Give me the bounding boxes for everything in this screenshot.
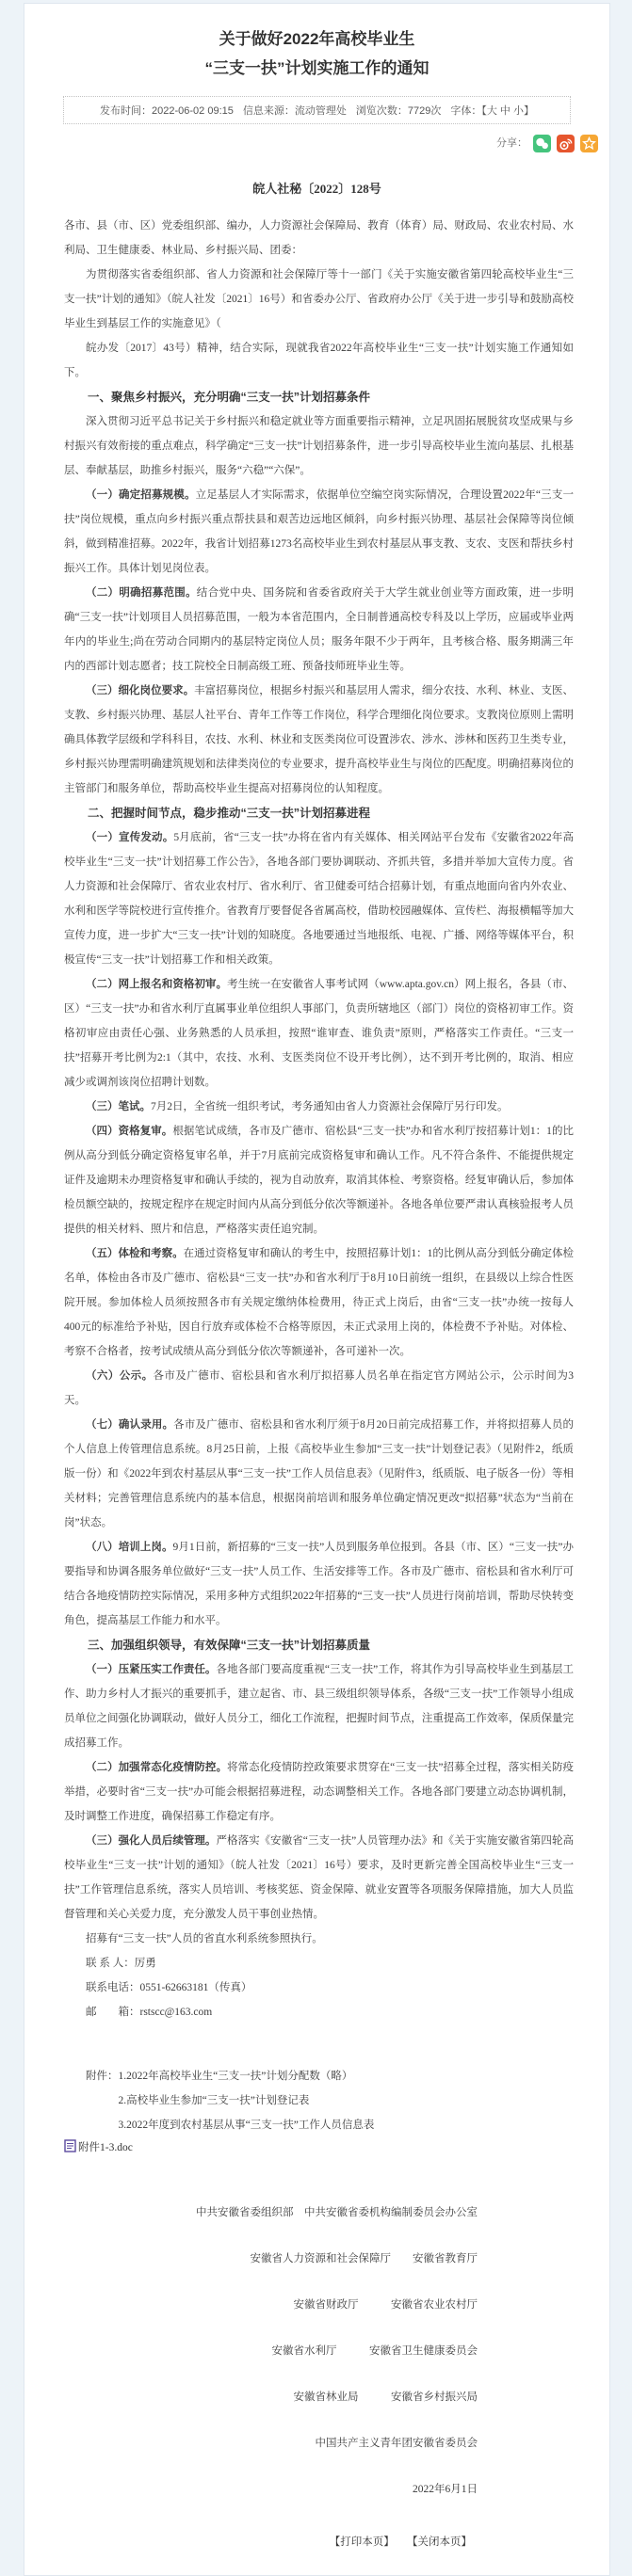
attachment-item: 1.2022年高校毕业生“三支一扶”计划分配数（略） (119, 2071, 353, 2082)
paragraph: 皖办发〔2017〕43号）精神，结合实际，现就我省2022年高校毕业生“三支一扶… (64, 336, 574, 385)
weibo-share-icon[interactable] (557, 135, 575, 152)
contact-email: 邮 箱：rstscc@163.com (64, 2000, 574, 2024)
attachments-list: 附件：1.2022年高校毕业生“三支一扶”计划分配数（略） 2.高校毕业生参加“… (64, 2064, 574, 2137)
section-heading-2: 二、把握时间节点，稳步推动“三支一扶”计划招募进程 (64, 801, 574, 825)
paragraph: （二）网上报名和资格初审。考生统一在安徽省人事考试网（www.apta.gov.… (64, 972, 574, 1095)
paragraph: （二）加强常态化疫情防控。将常态化疫情防控政策要求贯穿在“三支一扶”招募全过程，… (64, 1755, 574, 1829)
page-title: 关于做好2022年高校毕业生 “三支一扶”计划实施工作的通知 (53, 24, 581, 83)
signature-line: 安徽省人力资源和社会保障厅 安徽省教育厅 (24, 2236, 478, 2282)
paragraph: （六）公示。各市及广德市、宿松县和省水利厅拟招募人员名单在指定官方网站公示，公示… (64, 1364, 574, 1413)
font-size-label: 字体： (450, 105, 481, 117)
view-count: 浏览次数：7729次 (356, 105, 441, 117)
paragraph: （三）强化人员后续管理。严格落实《安徽省“三支一扶”人员管理办法》和《关于实施安… (64, 1829, 574, 1927)
paragraph-text: 严格落实《安徽省“三支一扶”人员管理办法》和《关于实施安徽省第四轮高校毕业生“三… (64, 1835, 574, 1920)
paragraph: （五）体检和考察。在通过资格复审和确认的考生中，按照招募计划1：1的比例从高分到… (64, 1241, 574, 1364)
paragraph-lead: （一）确定招募规模。 (86, 489, 196, 501)
print-page-link[interactable]: 【打印本页】 (330, 2536, 395, 2548)
signature-block: 中共安徽省委组织部 中共安徽省委机构编制委员会办公室 安徽省人力资源和社会保障厅… (24, 2190, 609, 2513)
paragraph-text: 根据笔试成绩，各市及广德市、宿松县“三支一扶”办和省水利厅按招募计划1：1的比例… (64, 1126, 574, 1235)
paragraph-text: 结合党中央、国务院和省委省政府关于大学生就业创业等方面政策，进一步明确“三支一扶… (64, 587, 574, 672)
section-heading-1: 一、聚焦乡村振兴，充分明确“三支一扶”计划招募条件 (64, 385, 574, 409)
paragraph: （七）确认录用。各市及广德市、宿松县和省水利厅须于8月20日前完成招募工作，并将… (64, 1413, 574, 1535)
paragraph-lead: （一）压紧压实工作责任。 (86, 1664, 216, 1675)
wechat-share-icon[interactable] (533, 135, 551, 152)
signature-line: 中共安徽省委组织部 中共安徽省委机构编制委员会办公室 (24, 2190, 478, 2236)
attachment-item: 3.2022年度到农村基层从事“三支一扶”工作人员信息表 (64, 2113, 574, 2137)
paragraph-text: 考生统一在安徽省人事考试网（www.apta.gov.cn）网上报名，各县（市、… (64, 979, 574, 1088)
paragraph-text: 各地各部门要高度重视“三支一扶”工作，将其作为引导高校毕业生到基层工作、助力乡村… (64, 1664, 574, 1749)
paragraph-text: 5月底前，省“三支一扶”办将在省内有关媒体、相关网站平台发布《安徽省2022年高… (64, 832, 574, 966)
page-title-line2: “三支一扶”计划实施工作的通知 (53, 54, 581, 83)
contact-person: 联 系 人：厉勇 (64, 1951, 574, 1976)
attachments-label: 附件： (86, 2071, 119, 2082)
share-label: 分享： (496, 137, 527, 149)
paragraph-lead: （七）确认录用。 (86, 1419, 173, 1431)
page-footer-links: 【打印本页】 【关闭本页】 (24, 2534, 609, 2549)
paragraph-text: 丰富招募岗位，根据乡村振兴和基层用人需求，细分农技、水利、林业、支医、支教、乡村… (64, 685, 574, 794)
attachment-file-link[interactable]: 附件1-3.doc (64, 2142, 133, 2153)
paragraph: （二）明确招募范围。结合党中央、国务院和省委省政府关于大学生就业创业等方面政策，… (64, 581, 574, 679)
paragraph-lead: （三）细化岗位要求。 (86, 685, 194, 696)
paragraph-lead: （三）强化人员后续管理。 (86, 1835, 216, 1847)
attachment-item: 2.高校毕业生参加“三支一扶”计划登记表 (64, 2088, 574, 2113)
font-size-control[interactable]: 【大 中 小】 (481, 105, 534, 117)
document-body: 各市、县（市、区）党委组织部、编办，人力资源社会保障局、教育（体育）局、财政局、… (24, 214, 609, 2158)
paragraph-text: 9月1日前，新招募的“三支一扶”人员到服务单位报到。各县（市、区）“三支一扶”办… (64, 1542, 574, 1626)
contact-phone: 联系电话：0551-62663181（传真） (64, 1976, 574, 2000)
share-row: 分享： (24, 133, 598, 153)
paragraph-lead: （二）明确招募范围。 (86, 587, 197, 599)
paragraph-text: 在通过资格复审和确认的考生中，按照招募计划1：1的比例从高分到低分确定体检名单，… (64, 1248, 574, 1357)
signature-line: 安徽省财政厅 安徽省农业农村厅 (24, 2282, 478, 2328)
signature-line: 安徽省水利厅 安徽省卫生健康委员会 (24, 2328, 478, 2375)
info-source: 信息来源：流动管理处 (243, 105, 347, 117)
paragraph: 为贯彻落实省委组织部、省人力资源和社会保障厅等十一部门《关于实施安徽省第四轮高校… (64, 263, 574, 336)
favorite-share-icon[interactable] (580, 135, 598, 152)
attachment-file-name: 附件1-3.doc (78, 2142, 133, 2153)
paragraph-lead: （五）体检和考察。 (86, 1248, 184, 1259)
paragraph-text: 各市及广德市、宿松县和省水利厅须于8月20日前完成招募工作，并将拟招募人员的个人… (64, 1419, 574, 1528)
notice-page-panel: 关于做好2022年高校毕业生 “三支一扶”计划实施工作的通知 发布时间：2022… (24, 3, 610, 2576)
paragraph: 招募有“三支一扶”人员的省直水利系统参照执行。 (64, 1927, 574, 1951)
section-heading-3: 三、加强组织领导，有效保障“三支一扶”计划招募质量 (64, 1633, 574, 1657)
meta-bar: 发布时间：2022-06-02 09:15信息来源：流动管理处浏览次数：7729… (63, 96, 571, 124)
paragraph: （一）宣传发动。5月底前，省“三支一扶”办将在省内有关媒体、相关网站平台发布《安… (64, 825, 574, 972)
signature-date: 2022年6月1日 (24, 2467, 478, 2513)
attachment-file-row: 附件1-3.doc (64, 2137, 574, 2158)
signature-line: 安徽省林业局 安徽省乡村振兴局 (24, 2375, 478, 2421)
paragraph-text: 7月2日，全省统一组织考试，考务通知由省人力资源社会保障厅另行印发。 (151, 1101, 509, 1112)
paragraph-lead: （一）宣传发动。 (86, 832, 173, 843)
paragraph-lead: （四）资格复审。 (86, 1126, 172, 1137)
paragraph: （八）培训上岗。9月1日前，新招募的“三支一扶”人员到服务单位报到。各县（市、区… (64, 1535, 574, 1633)
close-page-link[interactable]: 【关闭本页】 (407, 2536, 472, 2548)
paragraph-lead: （三）笔试。 (86, 1101, 151, 1112)
paragraph: （三）细化岗位要求。丰富招募岗位，根据乡村振兴和基层用人需求，细分农技、水利、林… (64, 679, 574, 801)
document-number: 皖人社秘〔2022〕128号 (24, 179, 609, 197)
paragraph-text: 立足基层人才实际需求，依据单位空编空岗实际情况，合理设置2022年“三支一扶”岗… (64, 489, 574, 574)
paragraph: （一）压紧压实工作责任。各地各部门要高度重视“三支一扶”工作，将其作为引导高校毕… (64, 1657, 574, 1755)
paragraph: （四）资格复审。根据笔试成绩，各市及广德市、宿松县“三支一扶”办和省水利厅按招募… (64, 1119, 574, 1241)
paragraph-lead: （八）培训上岗。 (86, 1542, 173, 1553)
publish-time: 发布时间：2022-06-02 09:15 (100, 105, 234, 117)
doc-file-icon (64, 2139, 76, 2152)
signature-line: 中国共产主义青年团安徽省委员会 (24, 2421, 478, 2467)
attachment-row: 附件：1.2022年高校毕业生“三支一扶”计划分配数（略） (64, 2064, 574, 2088)
paragraph-lead: （二）加强常态化疫情防控。 (86, 1762, 227, 1773)
salutation: 各市、县（市、区）党委组织部、编办，人力资源社会保障局、教育（体育）局、财政局、… (64, 214, 574, 263)
page-title-line1: 关于做好2022年高校毕业生 (53, 24, 581, 54)
paragraph: （三）笔试。7月2日，全省统一组织考试，考务通知由省人力资源社会保障厅另行印发。 (64, 1095, 574, 1119)
paragraph: 深入贯彻习近平总书记关于乡村振兴和稳定就业等方面重要指示精神，立足巩固拓展脱贫攻… (64, 409, 574, 483)
paragraph-lead: （二）网上报名和资格初审。 (86, 979, 227, 990)
paragraph: （一）确定招募规模。立足基层人才实际需求，依据单位空编空岗实际情况，合理设置20… (64, 483, 574, 581)
paragraph-lead: （六）公示。 (86, 1370, 153, 1382)
